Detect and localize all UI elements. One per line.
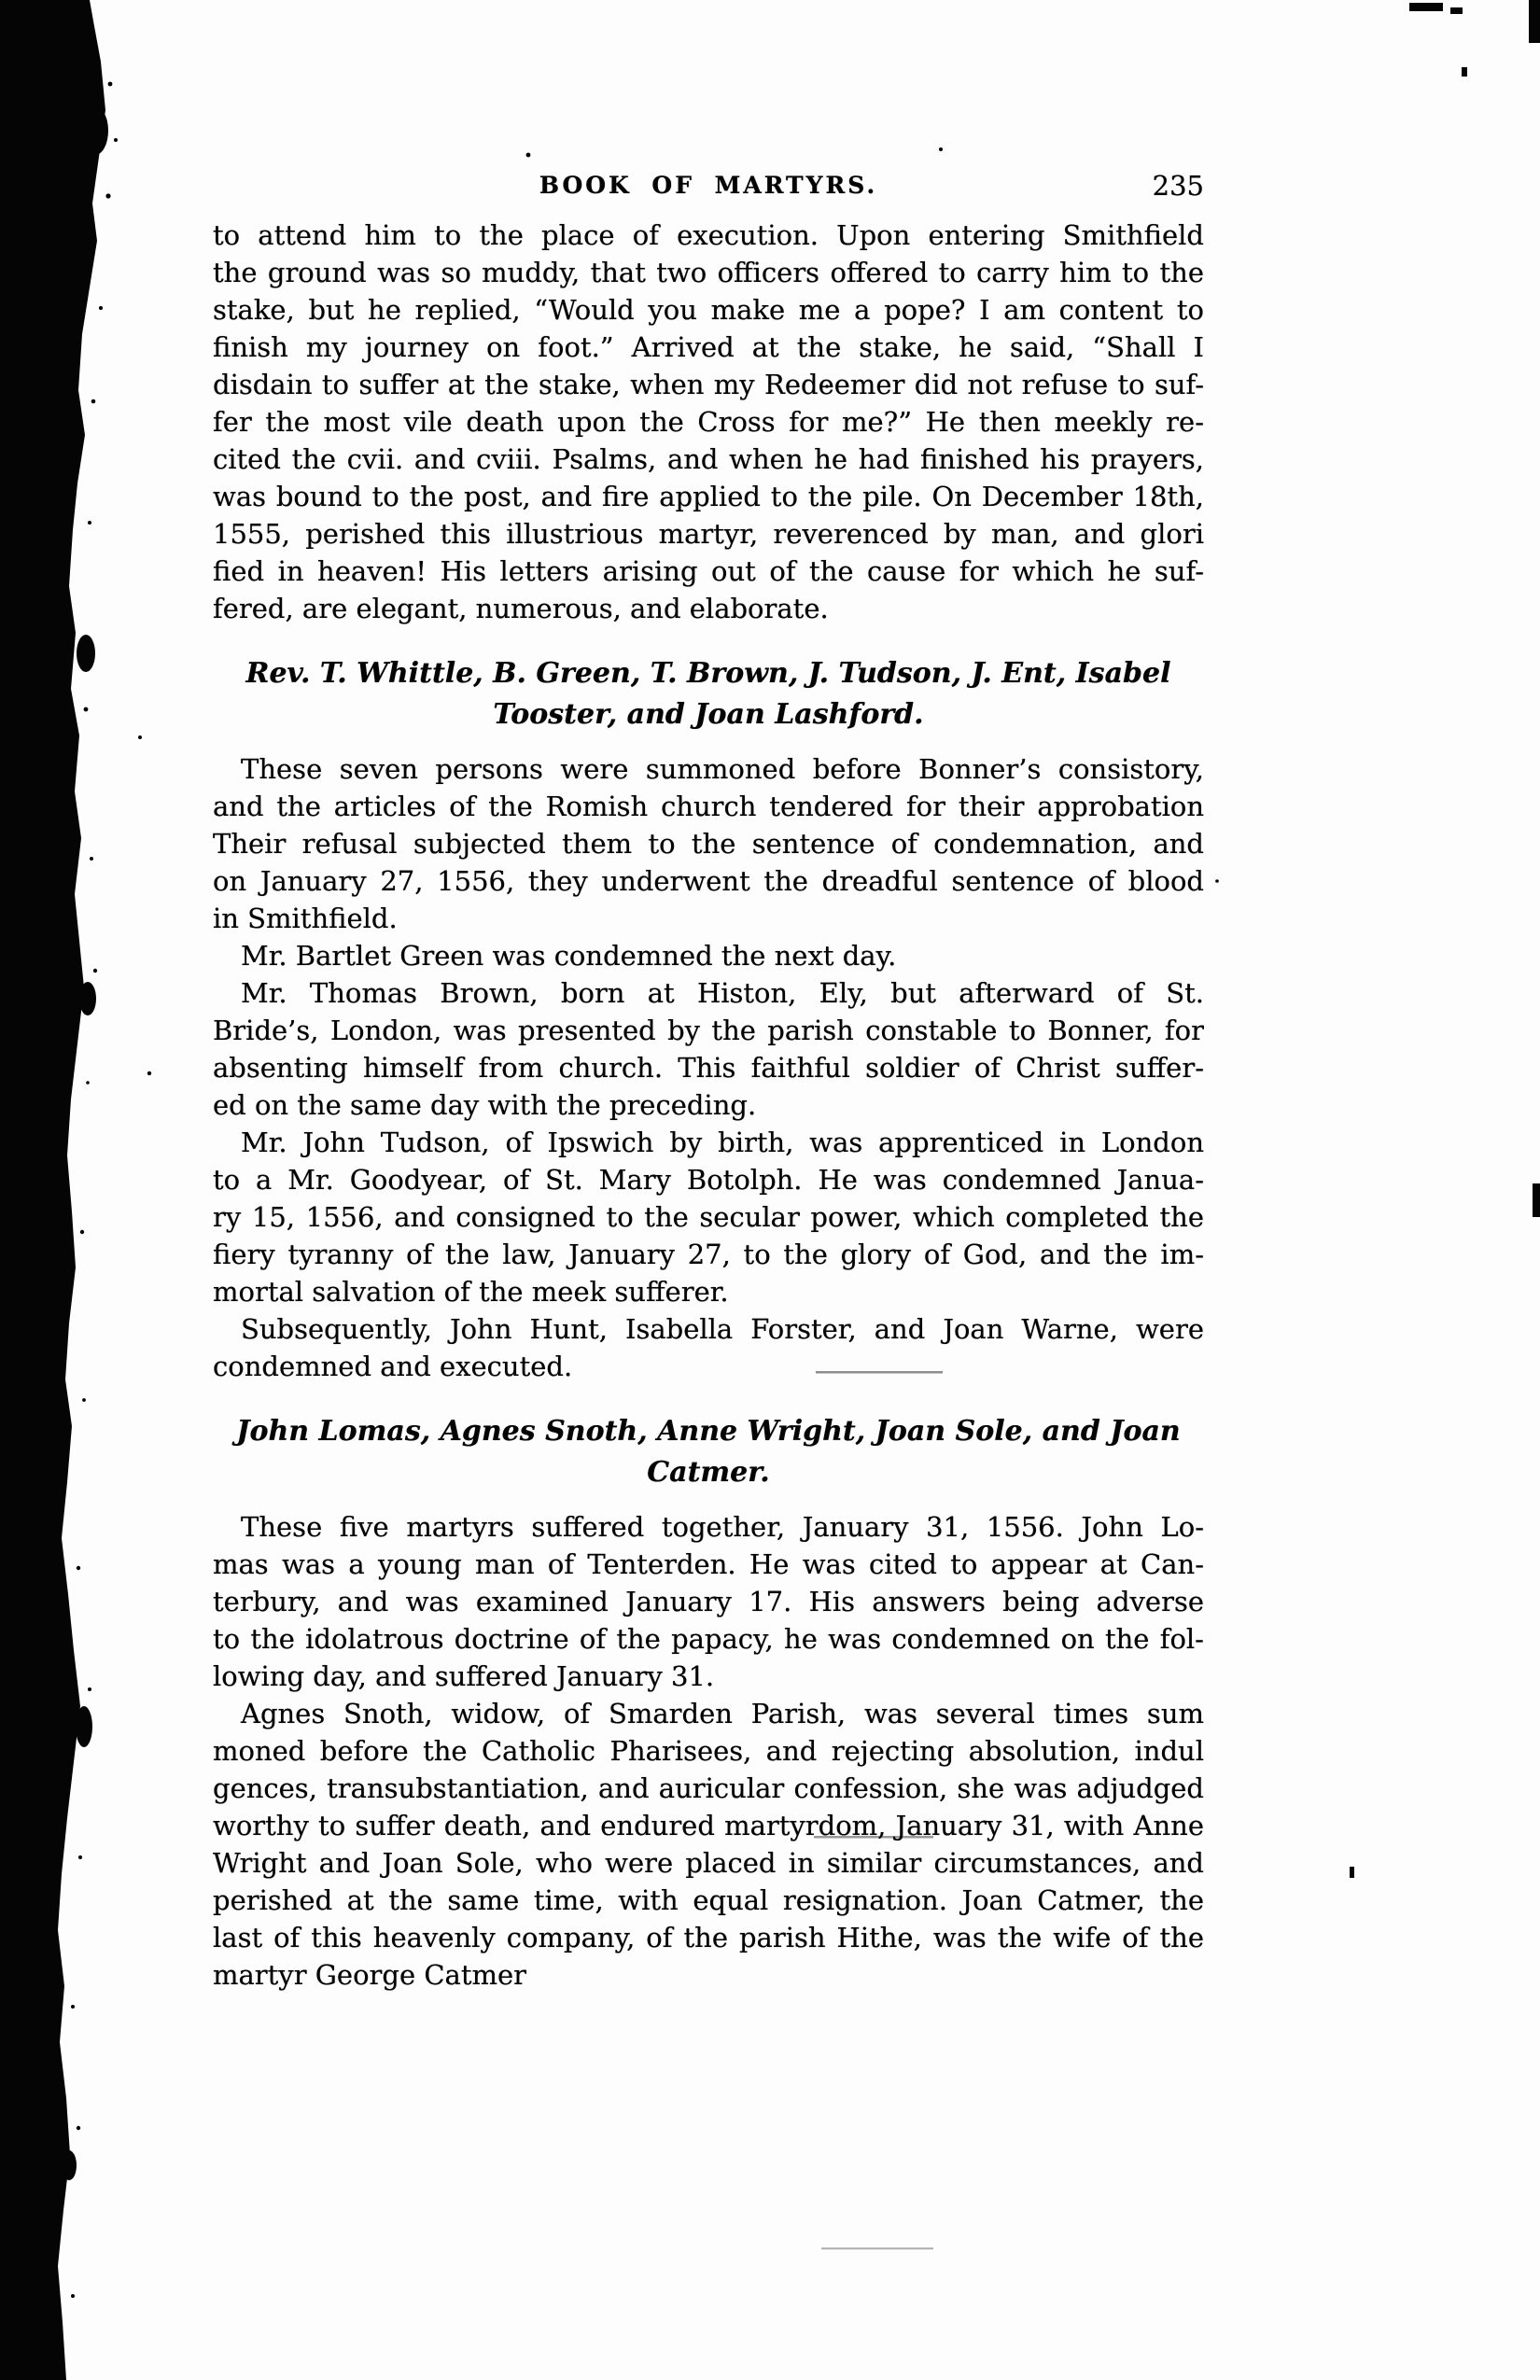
text-line: to a Mr. Goodyear, of St. Mary Botolph. … [213,1161,1204,1198]
text-line: and the articles of the Romish church te… [213,788,1204,825]
text-line: Mr. Bartlet Green was condemned the next… [213,937,1204,974]
section-heading: Rev. T. Whittle, B. Green, T. Brown, J. … [213,653,1204,735]
text-line: finish my journey on foot.” Arrived at t… [213,329,1204,366]
text-line: mas was a young man of Tenterden. He was… [213,1546,1204,1583]
text-line: the ground was so muddy, that two office… [213,254,1204,291]
text-line: perished at the same time, with equal re… [213,1882,1204,1919]
text-line: Tooster, and Joan Lashford. [213,694,1204,735]
text-line: in Smithfield. [213,900,1204,937]
text-column: BOOK OF MARTYRS. 235 to attend him to th… [213,170,1204,1994]
text-line: Wright and Joan Sole, who were placed in… [213,1844,1204,1882]
text-line: Bride’s, London, was presented by the pa… [213,1012,1204,1049]
text-line: Catmer. [213,1452,1204,1493]
text-line: gences, transubstantiation, and auricula… [213,1770,1204,1807]
paragraph: Mr. Bartlet Green was condemned the next… [213,937,1204,974]
text-line: to attend him to the place of execution.… [213,217,1204,254]
text-line: lowing day, and suffered January 31. [213,1658,1204,1695]
scanned-book-page: BOOK OF MARTYRS. 235 to attend him to th… [0,0,1540,2380]
paragraph: These seven persons were summoned before… [213,750,1204,937]
text-line: fered, are elegant, numerous, and elabor… [213,590,1204,627]
text-line: Mr. Thomas Brown, born at Histon, Ely, b… [213,974,1204,1012]
text-line: Their refusal subjected them to the sent… [213,825,1204,862]
text-line: fer the most vile death upon the Cross f… [213,403,1204,441]
text-line: last of this heavenly company, of the pa… [213,1919,1204,1956]
text-line: condemned and executed. [213,1348,1204,1385]
text-line: absenting himself from church. This fait… [213,1049,1204,1086]
running-header: BOOK OF MARTYRS. 235 [213,170,1204,202]
text-line: disdain to suffer at the stake, when my … [213,366,1204,403]
text-line: fiery tyranny of the law, January 27, to… [213,1236,1204,1273]
text-line: stake, but he replied, “Would you make m… [213,291,1204,329]
text-line: mortal salvation of the meek sufferer. [213,1273,1204,1310]
text-line: These five martyrs suffered together, Ja… [213,1508,1204,1546]
page-title: BOOK OF MARTYRS. [213,170,1204,202]
page-number: 235 [1153,170,1204,202]
paragraph: to attend him to the place of execution.… [213,217,1204,627]
text-line: fied in heaven! His letters arising out … [213,553,1204,590]
text-line: moned before the Catholic Pharisees, and… [213,1732,1204,1770]
paragraph: Subsequently, John Hunt, Isabella Forste… [213,1310,1204,1385]
paragraph: Agnes Snoth, widow, of Smarden Parish, w… [213,1695,1204,1994]
text-line: cited the cvii. and cviii. Psalms, and w… [213,441,1204,478]
text-line: to the idolatrous doctrine of the papacy… [213,1620,1204,1658]
text-line: ry 15, 1556, and consigned to the secula… [213,1198,1204,1236]
text-line: was bound to the post, and fire applied … [213,478,1204,515]
text-line: martyr George Catmer [213,1956,1204,1994]
paragraph: Mr. John Tudson, of Ipswich by birth, wa… [213,1124,1204,1310]
text-line: John Lomas, Agnes Snoth, Anne Wright, Jo… [213,1411,1204,1452]
section-heading: John Lomas, Agnes Snoth, Anne Wright, Jo… [213,1411,1204,1493]
text-line: Subsequently, John Hunt, Isabella Forste… [213,1310,1204,1348]
text-line: 1555, perished this illustrious martyr, … [213,515,1204,553]
paragraph: These five martyrs suffered together, Ja… [213,1508,1204,1695]
text-line: worthy to suffer death, and endured mart… [213,1807,1204,1844]
page-text-body: to attend him to the place of execution.… [213,217,1204,1994]
text-line: Agnes Snoth, widow, of Smarden Parish, w… [213,1695,1204,1732]
text-line: on January 27, 1556, they underwent the … [213,862,1204,900]
paragraph: Mr. Thomas Brown, born at Histon, Ely, b… [213,974,1204,1124]
text-line: terbury, and was examined January 17. Hi… [213,1583,1204,1620]
text-line: Mr. John Tudson, of Ipswich by birth, wa… [213,1124,1204,1161]
text-line: These seven persons were summoned before… [213,750,1204,788]
text-line: Rev. T. Whittle, B. Green, T. Brown, J. … [213,653,1204,694]
text-line: ed on the same day with the preceding. [213,1086,1204,1124]
